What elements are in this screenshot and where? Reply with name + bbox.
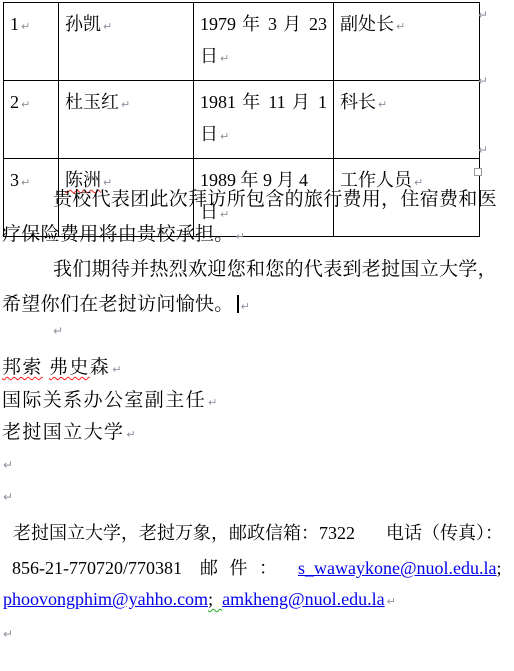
cell-row1-birthdate[interactable]: 1979 年 3 月 23 日↵ [194,3,334,81]
signature-org-line[interactable]: 老挝国立大学↵ [2,417,137,444]
end-of-cell-mark: ↵ [220,52,229,65]
end-of-row-mark: ↵ [478,8,488,22]
paragraph1-line1[interactable]: 贵校代表团此次拜访所包含的旅行费用，住宿费和医 [53,184,497,211]
paragraph-mark: ↵ [3,490,13,504]
end-of-cell-mark: ↵ [103,20,112,33]
row3-number: 3 [10,170,19,190]
table-resize-handle[interactable] [474,168,482,176]
cell-row1-number[interactable]: 1↵ [4,3,59,81]
cell-row1-position[interactable]: 副处长↵ [334,3,480,81]
paragraph-mark: ↵ [241,300,251,313]
end-of-cell-mark: ↵ [378,98,387,111]
word-document-page: { "marks": { "pilcrow": "↵" }, "colors":… [0,0,514,671]
row2-number: 2 [10,92,19,112]
paragraph1-line2[interactable]: 疗保险费用将由贵校承担。↵ [2,219,245,246]
contact-address: 老挝国立大学，老挝万象，邮政信箱：7322 [13,519,355,545]
signature-title-line[interactable]: 国际关系办公室副主任↵ [2,385,219,412]
contact-phone-number: 856-21-770720/770381 [12,558,182,578]
row1-date-line1: 1979 年 3 月 23 [200,8,327,40]
table-row: 2↵ 杜玉红↵ 1981 年 11 月 1 日↵ 科长↵ [4,81,480,159]
row2-name: 杜玉红 [65,92,119,112]
contact-email-line2[interactable]: phoovongphim@yahho.com; amkheng@nuol.edu… [3,589,396,610]
email-link-3[interactable]: amkheng@nuol.edu.la [222,589,385,609]
contact-phone-label: 电话（传真）： [386,519,503,545]
signature-name-part2: 弗史 [49,357,90,378]
row2-position: 科长 [340,92,376,112]
row1-name: 孙凯 [65,14,101,34]
end-of-cell-mark: ↵ [396,20,405,33]
row1-number: 1 [10,14,19,34]
contact-email-label: 邮 件 ： [200,558,277,578]
signature-name-line[interactable]: 邦索 弗史森↵ [2,352,123,379]
cell-row2-birthdate[interactable]: 1981 年 11 月 1 日↵ [194,81,334,159]
paragraph-mark: ↵ [53,324,63,338]
email-link-1[interactable]: s_wawaykone@nuol.edu.la [298,558,497,578]
email-link-2[interactable]: phoovongphim@yahho.com [3,589,208,609]
text-cursor [237,295,239,313]
cell-row1-name[interactable]: 孙凯↵ [59,3,194,81]
end-of-cell-mark: ↵ [220,130,229,143]
paragraph-mark: ↵ [387,595,396,608]
signature-name-part3: 森 [90,357,110,378]
end-of-cell-mark: ↵ [21,176,30,189]
email-separator-grammar-mark: ; [208,589,222,609]
email1-suffix: ; [497,558,502,578]
cell-row2-position[interactable]: 科长↵ [334,81,480,159]
end-of-row-mark: ↵ [478,143,488,157]
table-row: 1↵ 孙凯↵ 1979 年 3 月 23 日↵ 副处长↵ [4,3,480,81]
paragraph2-line2[interactable]: 希望你们在老挝访问愉快。↵ [2,289,250,316]
contact-address-line[interactable]: 老挝国立大学，老挝万象，邮政信箱：7322 电话（传真）： [13,519,503,545]
signature-name-part1: 邦索 [2,357,43,378]
row2-date-line2: 日↵ [200,118,327,153]
row1-position: 副处长 [340,14,394,34]
cell-row2-name[interactable]: 杜玉红↵ [59,81,194,159]
paragraph-mark: ↵ [236,230,246,243]
paragraph-mark: ↵ [3,458,13,472]
paragraph-mark: ↵ [208,396,219,409]
paragraph-mark: ↵ [112,363,123,376]
row1-date-line2: 日↵ [200,40,327,75]
cell-row2-number[interactable]: 2↵ [4,81,59,159]
contact-phone-line[interactable]: 856-21-770720/770381邮 件 ：s_wawaykone@nuo… [12,554,502,580]
row2-date-line1: 1981 年 11 月 1 [200,86,327,118]
end-of-cell-mark: ↵ [121,98,130,111]
end-of-cell-mark: ↵ [21,20,30,33]
end-of-cell-mark: ↵ [21,98,30,111]
paragraph2-line1[interactable]: 我们期待并热烈欢迎您和您的代表到老挝国立大学， [53,254,497,281]
end-of-row-mark: ↵ [478,74,488,88]
paragraph-mark: ↵ [3,627,13,641]
paragraph-mark: ↵ [126,428,137,441]
